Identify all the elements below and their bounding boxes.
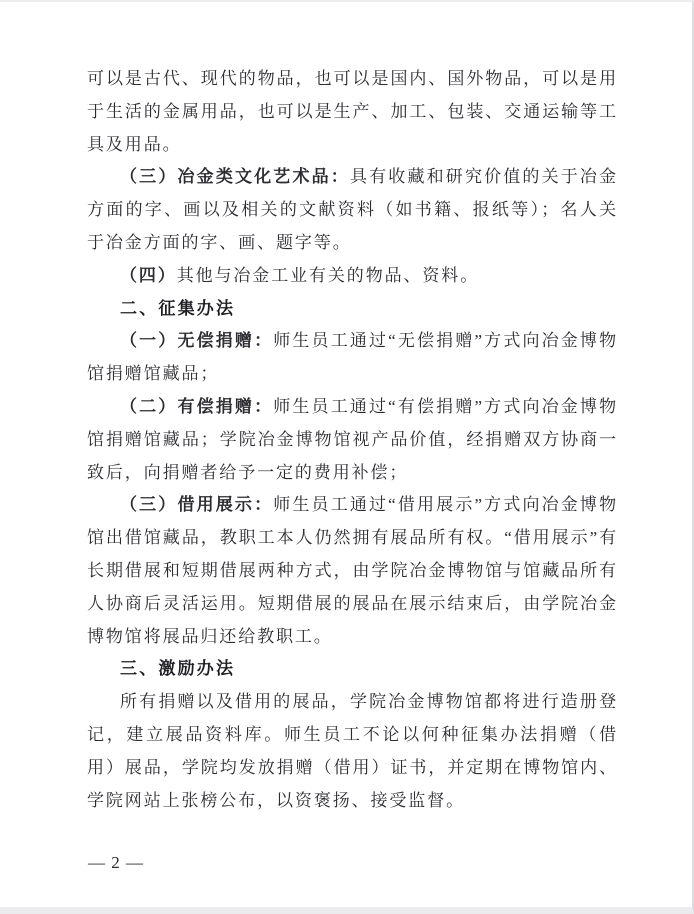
document-body: 可以是古代、现代的物品，也可以是国内、国外物品，可以是用于生活的金属用品，也可以… [87,63,618,817]
item-paragraph-other-objects: （四）其他与冶金工业有关的物品、资料。 [87,260,618,293]
paragraph-continued-from-previous-page: 可以是古代、现代的物品，也可以是国内、国外物品，可以是用于生活的金属用品，也可以… [87,63,618,161]
paragraph-text: 可以是古代、现代的物品，也可以是国内、国外物品，可以是用于生活的金属用品，也可以… [87,69,618,154]
item-paragraph-paid-donation: （二）有偿捐赠：师生员工通过“有偿捐赠”方式向冶金博物馆捐赠馆藏品；学院冶金博物… [87,391,618,489]
item-paragraph-loan-display: （三）借用展示：师生员工通过“借用展示”方式向冶金博物馆出借馆藏品，教职工本人仍… [87,489,618,653]
scanned-document-page: 可以是古代、现代的物品，也可以是国内、国外物品，可以是用于生活的金属用品，也可以… [0,0,694,914]
item-paragraph-metallurgy-art-objects: （三）冶金类文化艺术品：具有收藏和研究价值的关于冶金方面的字、画以及相关的文献资… [87,161,618,259]
closing-paragraph-registration-certificates: 所有捐赠以及借用的展品，学院冶金博物馆都将进行造册登记，建立展品资料库。师生员工… [87,686,618,817]
paragraph-text: 师生员工通过“借用展示”方式向冶金博物馆出借馆藏品，教职工本人仍然拥有展品所有权… [87,495,618,645]
item-label: （四） [120,266,177,285]
item-label: （三）借用展示： [120,495,273,514]
item-label: （三）冶金类文化艺术品： [120,167,350,186]
paragraph-text: 所有捐赠以及借用的展品，学院冶金博物馆都将进行造册登记，建立展品资料库。师生员工… [87,692,618,809]
item-paragraph-free-donation: （一）无偿捐赠：师生员工通过“无偿捐赠”方式向冶金博物馆捐赠馆藏品； [87,325,618,391]
paragraph-text: 其他与冶金工业有关的物品、资料。 [177,266,479,285]
page-number: — 2 — [88,853,144,873]
item-label: （二）有偿捐赠： [120,397,273,416]
section-heading-collection-methods: 二、征集办法 [87,293,618,326]
section-heading-incentive-methods: 三、激励办法 [87,653,618,686]
item-label: （一）无偿捐赠： [120,331,273,350]
